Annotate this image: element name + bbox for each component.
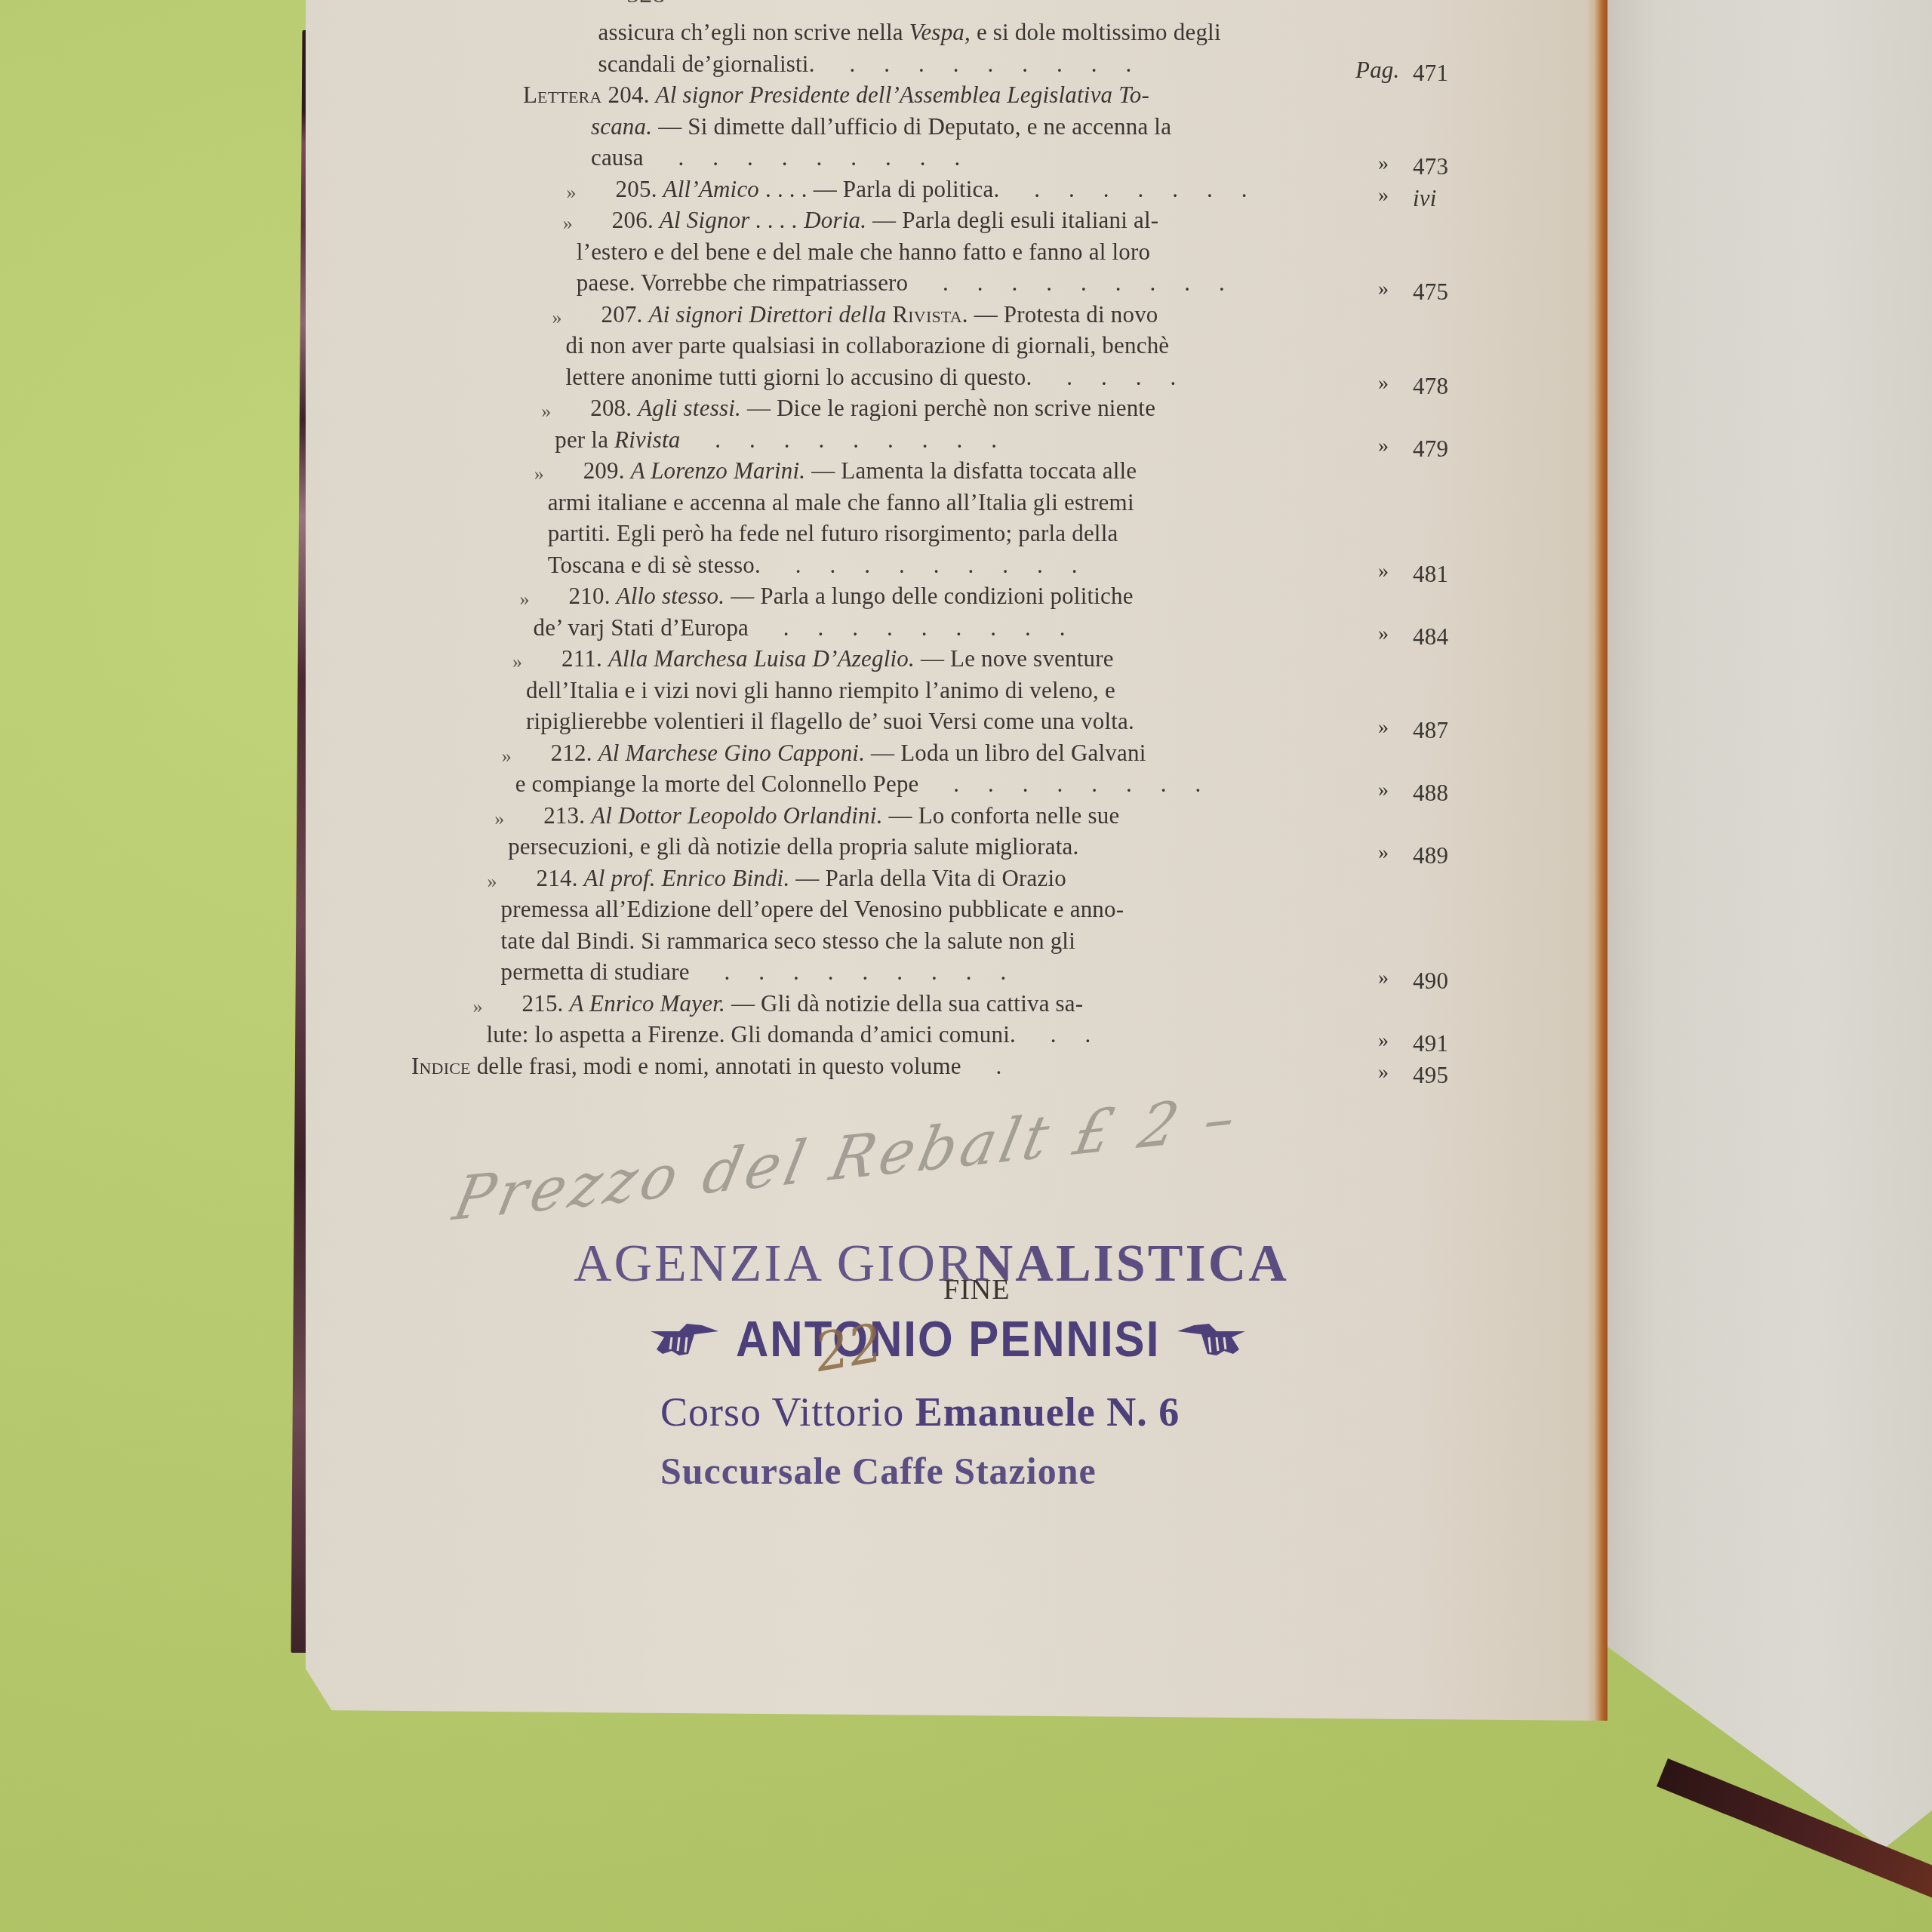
toc-entry-line: scana. — Si dimette dall’ufficio di Depu…	[591, 111, 1171, 142]
italic-text: Rivista	[614, 426, 681, 453]
body-text: . — Protesta di novo	[962, 301, 1158, 328]
stamp-branch: Succursale Caffe Stazione	[660, 1449, 1097, 1493]
toc-entry-line: di non aver parte qualsiasi in collabora…	[566, 330, 1170, 361]
dot-leader: .........	[690, 958, 1035, 985]
body-text: lute: lo aspetta a Firenze. Gli domanda …	[487, 1021, 1016, 1048]
body-text: . . . . — Parla di politica.	[759, 176, 999, 202]
toc-entry-title-line: 211. Alla Marchesa Luisa D’Azeglio. — Le…	[561, 643, 1114, 674]
italic-text: Alla Marchesa Luisa D’Azeglio.	[608, 645, 915, 672]
ditto-mark: »	[488, 866, 497, 897]
body-text: partiti. Egli però ha fede nel futuro ri…	[548, 520, 1118, 546]
body-text: delle frasi, modi e nomi, annotati in qu…	[471, 1053, 961, 1079]
toc-entry-title-line: Indice delle frasi, modi e nomi, annotat…	[411, 1051, 1030, 1081]
ditto-mark: »	[502, 740, 512, 771]
page-number: 489	[1413, 840, 1458, 871]
page-prefix: »	[1378, 1057, 1389, 1088]
body-text: 211.	[561, 645, 608, 672]
toc-entry-line: causa .........	[591, 142, 989, 173]
italic-text: Al Dottor Leopoldo Orlandini.	[591, 802, 882, 829]
italic-text: scana.	[591, 113, 652, 140]
toc-entry-line: lute: lo aspetta a Firenze. Gli domanda …	[487, 1019, 1120, 1050]
page-folio: 528	[626, 0, 666, 10]
italic-text: Allo stesso.	[617, 583, 725, 609]
page-number: 471	[1413, 57, 1458, 88]
body-text: premessa all’Edizione dell’opere del Ven…	[501, 896, 1124, 922]
page-prefix: »	[1378, 618, 1389, 649]
toc-entry-title-line: 210. Allo stesso. — Parla a lungo delle …	[569, 580, 1134, 611]
body-text: e compiange la morte del Colonnello Pepe	[515, 771, 919, 797]
toc-entry-line: dell’Italia e i vizi novi gli hanno riem…	[526, 675, 1115, 706]
body-text: persecuzioni, e gli dà notizie della pro…	[508, 833, 1078, 860]
italic-text: Al Marchese Gino Capponi.	[598, 740, 865, 766]
body-text: — Le nove sventure	[915, 645, 1114, 672]
dot-leader: ..	[1016, 1021, 1119, 1048]
stamp-address-number: Emanuele N. 6	[915, 1389, 1180, 1435]
body-text: per la	[555, 426, 614, 453]
dot-leader: .........	[644, 144, 989, 171]
page-prefix: »	[1378, 555, 1389, 586]
body-text: l’estero e del bene e del male che hanno…	[577, 238, 1150, 265]
body-text: Toscana e di sè stesso.	[548, 552, 761, 578]
toc-entry-line: e compiange la morte del Colonnello Pepe…	[515, 768, 1230, 799]
body-text: paese. Vorrebbe che rimpatriassero	[577, 269, 908, 296]
toc-entry-title-line: 214. Al prof. Enrico Bindi. — Parla dell…	[537, 863, 1066, 894]
body-text: lettere anonime tutti giorni lo accusino…	[566, 364, 1032, 390]
toc-entry-title-line: 212. Al Marchese Gino Capponi. — Loda un…	[551, 737, 1146, 768]
page-prefix: »	[1378, 273, 1389, 304]
toc-entry-line: paese. Vorrebbe che rimpatriassero .....…	[577, 267, 1254, 298]
toc-entry-title-line: 207. Ai signori Direttori della Rivista.…	[601, 299, 1158, 330]
toc-entry-line: ripiglierebbe volentieri il flagello de’…	[526, 706, 1134, 737]
printed-fine-label: FINE	[943, 1273, 1010, 1306]
body-text: permetta di studiare	[501, 958, 690, 985]
page-number: 479	[1413, 433, 1458, 464]
toc-entry-title-line: 205. All’Amico . . . . — Parla di politi…	[616, 174, 1276, 205]
stamp-address-street: Corso Vittorio	[660, 1389, 915, 1435]
toc-entry-line: permetta di studiare .........	[501, 956, 1035, 987]
page-number: ivi	[1413, 183, 1458, 214]
dot-leader: .........	[749, 614, 1094, 641]
ditto-mark: »	[512, 646, 522, 677]
page-number: 487	[1413, 715, 1458, 746]
body-text: — Si dimette dall’ufficio di Deputato, e…	[652, 113, 1171, 140]
page-number: 473	[1413, 151, 1458, 182]
body-text: — Parla degli esuli italiani al-	[866, 207, 1158, 233]
dot-leader: ....	[1032, 364, 1205, 390]
page-number: 475	[1413, 276, 1458, 307]
ditto-mark: »	[563, 208, 573, 238]
body-text: 207.	[601, 301, 649, 328]
page-prefix: »	[1378, 180, 1389, 211]
body-text: — Parla a lungo delle condizioni politic…	[724, 583, 1134, 609]
body-text: 214.	[537, 865, 584, 891]
page-number: 481	[1413, 558, 1458, 589]
small-caps-text: Indice	[411, 1053, 471, 1079]
ditto-mark: »	[567, 177, 577, 208]
page-prefix: »	[1378, 1025, 1389, 1056]
toc-entry-title-line: 206. Al Signor . . . . Doria. — Parla de…	[612, 205, 1158, 235]
body-text: — Loda un libro del Galvani	[865, 740, 1146, 766]
body-text: 206.	[612, 207, 660, 233]
stamp-title-part2: NALISTICA	[975, 1235, 1289, 1293]
body-text: — Lamenta la disfatta toccata alle	[805, 457, 1137, 484]
body-text: 209.	[583, 457, 631, 484]
italic-text: A Enrico Mayer.	[570, 990, 725, 1017]
toc-entry-title-line: assicura ch’egli non scrive nella Vespa,…	[598, 17, 1220, 48]
body-text: , e si dole moltissimo degli	[964, 19, 1221, 45]
toc-entry-line: Toscana e di sè stesso. .........	[548, 549, 1106, 580]
stamp-name-row: ANTONIO PENNISI	[649, 1313, 1247, 1365]
toc-entry-line: per la Rivista .........	[555, 424, 1026, 455]
table-of-contents: 528 assicura ch’egli non scrive nella Ve…	[0, 0, 1932, 1932]
stamp-address: Corso Vittorio Emanuele N. 6	[660, 1389, 1180, 1435]
italic-text: A Lorenzo Marini.	[631, 457, 806, 484]
pointing-hand-left-ornament-icon	[649, 1321, 721, 1358]
toc-entry-line: de’ varj Stati d’Europa .........	[534, 612, 1094, 643]
body-text: 204.	[602, 82, 656, 108]
page-prefix: »	[1378, 712, 1389, 743]
italic-text: Al signor Presidente dell’Assemblea Legi…	[656, 82, 1150, 108]
body-text: dell’Italia e i vizi novi gli hanno riem…	[526, 677, 1115, 703]
stamp-proprietor-name: ANTONIO PENNISI	[736, 1310, 1160, 1368]
dot-leader: .......	[999, 176, 1275, 202]
dot-leader: .........	[908, 269, 1254, 296]
small-caps-text: Lettera	[523, 82, 602, 108]
page-number: 490	[1413, 965, 1458, 996]
toc-entry-title-line: 208. Agli stessi. — Dice le ragioni perc…	[590, 392, 1155, 423]
italic-text: Vespa	[909, 19, 964, 45]
toc-entry-line: l’estero e del bene e del male che hanno…	[577, 236, 1150, 267]
page-prefix: »	[1378, 837, 1389, 868]
page-number: 491	[1413, 1028, 1458, 1059]
ditto-mark: »	[552, 302, 562, 333]
toc-entry-line: partiti. Egli però ha fede nel futuro ri…	[548, 518, 1118, 549]
stamp-title-part1: AGENZIA GIOR	[574, 1235, 975, 1293]
toc-entry-line: tate dal Bindi. Si rammarica seco stesso…	[501, 925, 1075, 956]
ditto-mark: »	[520, 583, 530, 614]
dot-leader: .........	[815, 51, 1161, 77]
body-text: causa	[591, 144, 644, 171]
page-prefix: »	[1378, 962, 1389, 993]
ditto-mark: »	[473, 991, 483, 1022]
toc-entry-title-line: 213. Al Dottor Leopoldo Orlandini. — Lo …	[543, 800, 1119, 831]
body-text: 212.	[551, 740, 598, 766]
ditto-mark: »	[494, 803, 504, 834]
body-text: scandali de’giornalisti.	[598, 51, 814, 77]
body-text: 210.	[569, 583, 617, 609]
ditto-mark: »	[541, 395, 551, 426]
stamp-agency-title: AGENZIA GIORNALISTICA	[574, 1234, 1289, 1294]
toc-entry-title-line: Lettera 204. Al signor Presidente dell’A…	[523, 79, 1149, 110]
page-prefix: »	[1378, 148, 1389, 179]
italic-text: Al Signor . . . . Doria.	[660, 207, 866, 233]
body-text: 215.	[522, 990, 570, 1017]
dot-leader: .........	[761, 552, 1106, 578]
body-text: tate dal Bindi. Si rammarica seco stesso…	[501, 928, 1075, 954]
toc-entry-title-line: 209. A Lorenzo Marini. — Lamenta la disf…	[583, 455, 1137, 486]
dot-leader: ........	[919, 771, 1230, 797]
dot-leader: .	[961, 1053, 1031, 1079]
body-text: — Lo conforta nelle sue	[883, 802, 1120, 829]
page-number: 484	[1413, 621, 1458, 652]
body-text: armi italiane e accenna al male che fann…	[548, 489, 1134, 515]
page-prefix: »	[1378, 774, 1389, 805]
body-text: 208.	[590, 395, 638, 421]
page-prefix: »	[1378, 368, 1389, 398]
small-caps-text: Rivista	[892, 301, 961, 328]
body-text: assicura ch’egli non scrive nella	[598, 19, 909, 45]
body-text: — Gli dà notizie della sua cattiva sa-	[725, 990, 1083, 1017]
body-text: — Dice le ragioni perchè non scrive nien…	[741, 395, 1155, 421]
italic-text: Ai signori Direttori della	[649, 301, 887, 328]
toc-entry-line: armi italiane e accenna al male che fann…	[548, 487, 1134, 518]
page-prefix: Pag.	[1355, 54, 1400, 85]
italic-text: Al prof. Enrico Bindi.	[584, 865, 790, 891]
italic-text: All’Amico	[663, 176, 759, 202]
toc-entry-line: persecuzioni, e gli dà notizie della pro…	[508, 831, 1078, 862]
toc-entry-line: premessa all’Edizione dell’opere del Ven…	[501, 894, 1124, 924]
toc-entry-line: scandali de’giornalisti. .........	[598, 48, 1160, 79]
toc-entry-line: lettere anonime tutti giorni lo accusino…	[566, 361, 1205, 392]
body-text: de’ varj Stati d’Europa	[534, 614, 749, 641]
body-text: 205.	[616, 176, 663, 202]
page-number: 488	[1413, 777, 1458, 808]
body-text: di non aver parte qualsiasi in collabora…	[566, 332, 1170, 358]
body-text: — Parla della Vita di Orazio	[789, 865, 1066, 891]
page-number: 495	[1413, 1060, 1458, 1091]
italic-text: Agli stessi.	[638, 395, 741, 421]
pointing-hand-right-ornament-icon	[1175, 1321, 1247, 1358]
ditto-mark: »	[534, 458, 544, 489]
ink-scribble-mark: 22	[811, 1312, 888, 1384]
toc-entry-title-line: 215. A Enrico Mayer. — Gli dà notizie de…	[522, 988, 1084, 1019]
body-text: 213.	[543, 802, 591, 829]
page-number: 478	[1413, 371, 1458, 401]
body-text: ripiglierebbe volentieri il flagello de’…	[526, 708, 1134, 734]
dot-leader: .........	[681, 426, 1026, 453]
page-prefix: »	[1378, 430, 1389, 461]
